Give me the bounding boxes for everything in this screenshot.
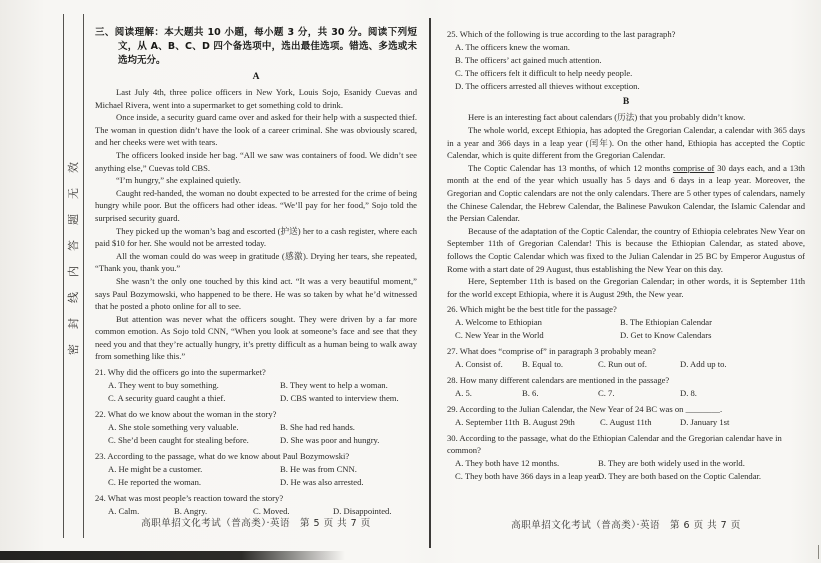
question-21: 21. Why did the officers go into the sup… xyxy=(95,366,417,405)
question-25-options: A. The officers knew the woman. B. The o… xyxy=(447,41,805,94)
question-29: 29. According to the Julian Calendar, th… xyxy=(447,403,805,429)
question-28-options: A. 5. B. 6. C. 7. D. 8. xyxy=(447,387,805,400)
question-27: 27. What does “comprise of” in paragraph… xyxy=(447,345,805,371)
question-30-stem: 30. According to the passage, what do th… xyxy=(447,432,805,457)
comprise-of-underlined-phrase: comprise of xyxy=(673,163,714,173)
question-22-option-a: A. She stole something very valuable. xyxy=(108,421,280,434)
question-30-option-c: C. They both have 366 days in a leap yea… xyxy=(455,470,598,483)
question-25-option-a: A. The officers knew the woman. xyxy=(455,41,805,54)
page-5-footer: 高职单招文化考试（普高类）·英语 第 5 页 共 7 页 xyxy=(95,518,417,531)
question-27-option-d: D. Add up to. xyxy=(680,358,805,371)
question-26-option-d: D. Get to Know Calendars xyxy=(620,329,805,342)
passage-b-label: B xyxy=(447,96,805,109)
seal-char: 线 xyxy=(68,292,79,303)
seal-char: 答 xyxy=(68,240,79,251)
scanned-exam-paper: 效 无 题 答 内 线 封 密 三、阅读理解：本大题共 10 小题，每小题 3 … xyxy=(0,0,821,563)
question-22-options: A. She stole something very valuable. B.… xyxy=(95,421,417,447)
question-23-option-c: C. He reported the woman. xyxy=(108,476,280,489)
passage-a-paragraph: She wasn’t the only one touched by this … xyxy=(95,275,417,313)
passage-a-label: A xyxy=(95,71,417,84)
question-22-option-b: B. She had red hands. xyxy=(280,421,417,434)
question-26-options: A. Welcome to Ethiopian B. The Ethiopian… xyxy=(447,316,805,342)
question-24-options: A. Calm. B. Angry. C. Moved. D. Disappoi… xyxy=(95,505,417,518)
passage-a-paragraph: Once inside, a security guard came over … xyxy=(95,111,417,149)
passage-b-paragraph: Here, September 11th is based on the Gre… xyxy=(447,275,805,300)
passage-a-paragraph: All the woman could do was weep in grati… xyxy=(95,250,417,275)
question-27-options: A. Consist of. B. Equal to. C. Run out o… xyxy=(447,358,805,371)
passage-b-paragraph: Because of the adaptation of the Coptic … xyxy=(447,225,805,275)
question-23-option-d: D. He was also arrested. xyxy=(280,476,417,489)
question-24-option-d: D. Disappointed. xyxy=(333,505,417,518)
question-21-options: A. They went to buy something. B. They w… xyxy=(95,379,417,405)
question-25-stem: 25. Which of the following is true accor… xyxy=(447,28,805,41)
seal-char: 封 xyxy=(68,318,79,329)
question-26: 26. Which might be the best title for th… xyxy=(447,303,805,342)
seal-char: 内 xyxy=(68,266,79,277)
question-21-option-c: C. A security guard caught a thief. xyxy=(108,392,280,405)
question-22-option-c: C. She’d been caught for stealing before… xyxy=(108,434,280,447)
passage-b-paragraph-3-start: The Coptic Calendar has 13 months, of wh… xyxy=(468,163,673,173)
question-25-option-c: C. The officers felt it difficult to hel… xyxy=(455,67,805,80)
question-23-options: A. He might be a customer. B. He was fro… xyxy=(95,463,417,489)
passage-b-paragraph: The Coptic Calendar has 13 months, of wh… xyxy=(447,162,805,225)
question-22: 22. What do we know about the woman in t… xyxy=(95,408,417,447)
section-three-instruction: 三、阅读理解：本大题共 10 小题，每小题 3 分，共 30 分。阅读下列短文，… xyxy=(95,26,417,68)
question-29-options: A. September 11th B. August 29th C. Augu… xyxy=(447,416,805,429)
question-28-option-c: C. 7. xyxy=(598,387,680,400)
question-22-option-d: D. She was poor and hungry. xyxy=(280,434,417,447)
question-24-option-c: C. Moved. xyxy=(253,505,333,518)
passage-a-paragraph: “I’m hungry,” she explained quietly. xyxy=(95,174,417,187)
question-22-stem: 22. What do we know about the woman in t… xyxy=(95,408,417,421)
question-24-stem: 24. What was most people’s reaction towa… xyxy=(95,492,417,505)
question-28-stem: 28. How many different calendars are men… xyxy=(447,374,805,387)
question-27-option-b: B. Equal to. xyxy=(522,358,598,371)
passage-a-paragraph: Caught red-handed, the woman no doubt ex… xyxy=(95,187,417,225)
question-26-option-b: B. The Ethiopian Calendar xyxy=(620,316,805,329)
question-24-option-b: B. Angry. xyxy=(174,505,253,518)
question-26-option-c: C. New Year in the World xyxy=(455,329,620,342)
question-26-option-a: A. Welcome to Ethiopian xyxy=(455,316,620,329)
question-25-option-b: B. The officers’ act gained much attenti… xyxy=(455,54,805,67)
question-26-stem: 26. Which might be the best title for th… xyxy=(447,303,805,316)
question-27-stem: 27. What does “comprise of” in paragraph… xyxy=(447,345,805,358)
question-30-options: A. They both have 12 months. B. They are… xyxy=(447,457,805,483)
question-24-option-a: A. Calm. xyxy=(108,505,174,518)
scan-edge-mark xyxy=(818,545,819,559)
seal-char: 无 xyxy=(68,188,79,199)
passage-a-paragraph: But attention was never what the officer… xyxy=(95,313,417,363)
passage-b-paragraph: Here is an interesting fact about calend… xyxy=(447,111,805,124)
passage-a-paragraph: Last July 4th, three police officers in … xyxy=(95,86,417,111)
question-28-option-b: B. 6. xyxy=(522,387,598,400)
question-21-option-a: A. They went to buy something. xyxy=(108,379,280,392)
question-29-stem: 29. According to the Julian Calendar, th… xyxy=(447,403,805,416)
passage-a-paragraph: They picked up the woman’s bag and escor… xyxy=(95,225,417,250)
question-30: 30. According to the passage, what do th… xyxy=(447,432,805,484)
question-29-option-d: D. January 1st xyxy=(680,416,805,429)
left-page: 三、阅读理解：本大题共 10 小题，每小题 3 分，共 30 分。阅读下列短文，… xyxy=(95,26,417,563)
question-21-stem: 21. Why did the officers go into the sup… xyxy=(95,366,417,379)
question-29-option-a: A. September 11th xyxy=(455,416,523,429)
passage-b-paragraph: The whole world, except Ethiopia, has ad… xyxy=(447,124,805,162)
question-27-option-a: A. Consist of. xyxy=(455,358,522,371)
question-23-stem: 23. According to the passage, what do we… xyxy=(95,450,417,463)
passage-a-paragraph: The officers looked inside her bag. “All… xyxy=(95,149,417,174)
question-28-option-a: A. 5. xyxy=(455,387,522,400)
question-23-option-a: A. He might be a customer. xyxy=(108,463,280,476)
question-21-option-d: D. CBS wanted to interview them. xyxy=(280,392,417,405)
right-page: 25. Which of the following is true accor… xyxy=(447,28,805,563)
question-29-option-c: C. August 11th xyxy=(600,416,680,429)
question-28-option-d: D. 8. xyxy=(680,387,805,400)
question-24: 24. What was most people’s reaction towa… xyxy=(95,492,417,518)
question-25-option-d: D. The officers arrested all thieves wit… xyxy=(455,80,805,93)
page-6-footer: 高职单招文化考试（普高类）·英语 第 6 页 共 7 页 xyxy=(447,520,805,533)
question-30-option-d: D. They are both based on the Coptic Cal… xyxy=(598,470,805,483)
question-30-option-a: A. They both have 12 months. xyxy=(455,457,598,470)
question-23: 23. According to the passage, what do we… xyxy=(95,450,417,489)
seal-char: 题 xyxy=(68,214,79,225)
question-30-option-b: B. They are both widely used in the worl… xyxy=(598,457,805,470)
question-28: 28. How many different calendars are men… xyxy=(447,374,805,400)
page-fold-divider xyxy=(429,18,431,548)
question-25: 25. Which of the following is true accor… xyxy=(447,28,805,93)
question-21-option-b: B. They went to help a woman. xyxy=(280,379,417,392)
question-27-option-c: C. Run out of. xyxy=(598,358,680,371)
question-29-option-b: B. August 29th xyxy=(523,416,600,429)
question-23-option-b: B. He was from CNN. xyxy=(280,463,417,476)
seal-char: 密 xyxy=(68,344,79,355)
seal-char: 效 xyxy=(68,162,79,173)
seal-margin-text: 效 无 题 答 内 线 封 密 xyxy=(62,162,84,355)
